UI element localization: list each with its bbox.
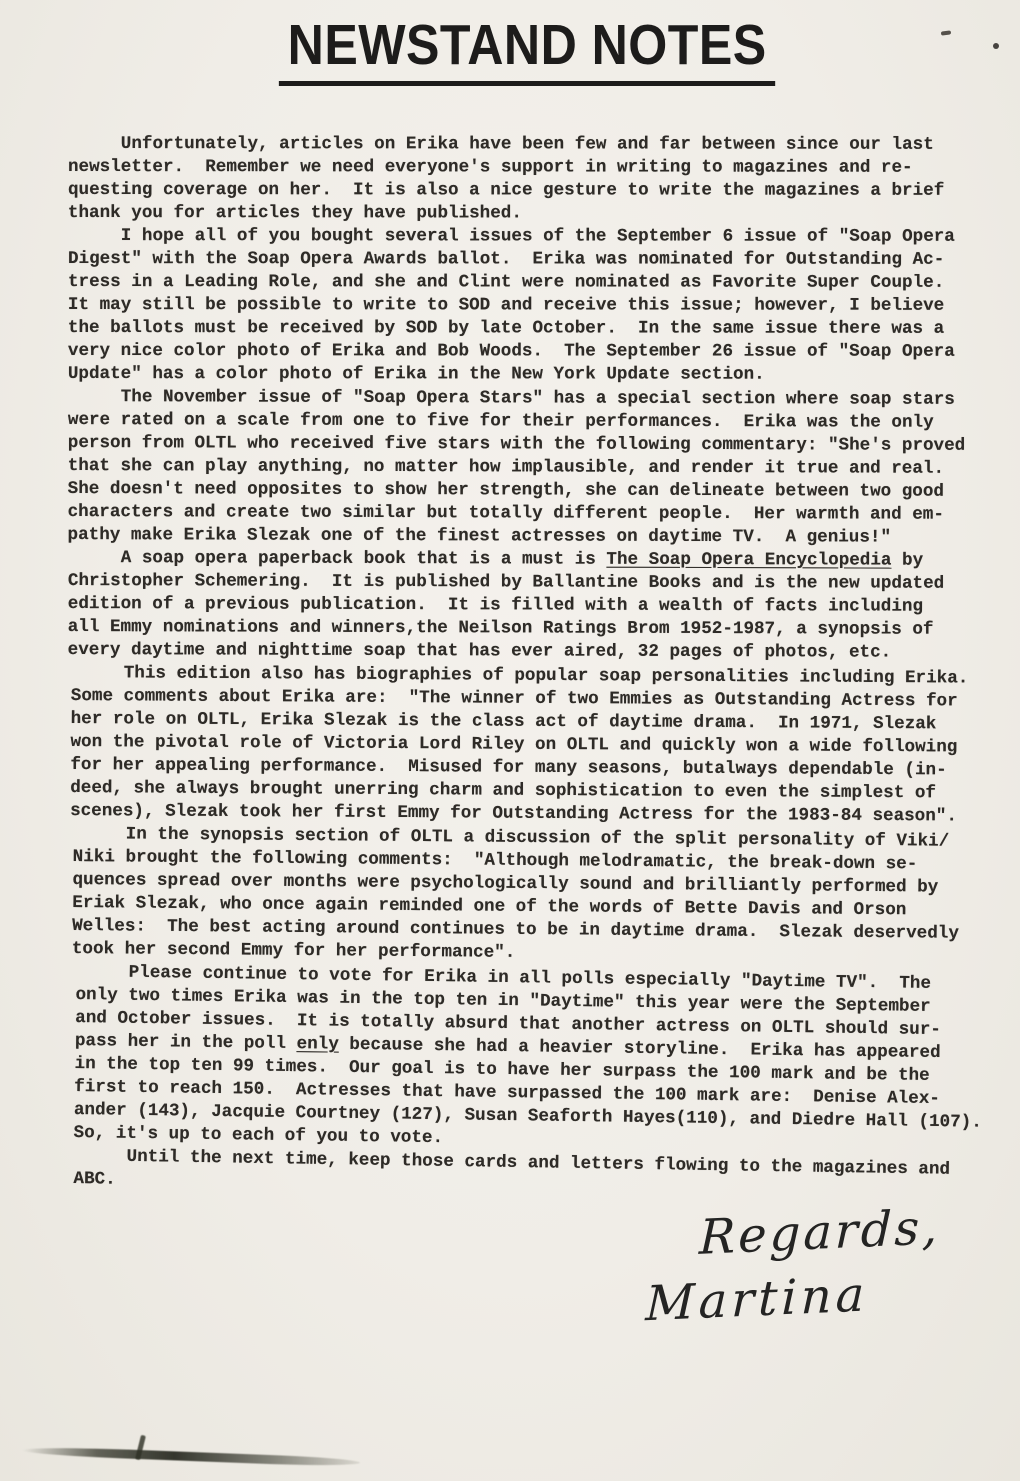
newsletter-page: NEWSTAND NOTES Unfortunately, articles o… (0, 0, 1020, 1481)
scan-smudge (22, 1446, 360, 1468)
underlined-word: enly (296, 1034, 339, 1055)
underlined-book-title: The Soap Opera Encyclopedia (606, 550, 891, 571)
paragraph: In the synopsis section of OLTL a discus… (72, 823, 1012, 969)
paragraph-text: Unfortunately, articles on Erika have be… (68, 134, 944, 223)
paragraph-text: In the synopsis section of OLTL a discus… (72, 824, 959, 963)
handwritten-signature: Regards, Martina (645, 1199, 941, 1332)
paragraph: The November issue of "Soap Opera Stars"… (67, 386, 1012, 550)
paragraph: Please continue to vote for Erika in all… (73, 961, 1011, 1158)
paragraph: I hope all of you bought several issues … (68, 225, 1012, 387)
paragraph: Unfortunately, articles on Erika have be… (68, 133, 1012, 226)
signature-name: Martina (645, 1263, 940, 1332)
newsletter-body: Unfortunately, articles on Erika have be… (68, 133, 1012, 1191)
title-area: NEWSTAND NOTES (0, 12, 1020, 86)
paragraph: This edition also has biographies of pop… (70, 662, 1012, 829)
signature-closing: Regards, (698, 1199, 941, 1266)
scan-speck-dot (993, 43, 999, 49)
paragraph-text: This edition also has biographies of pop… (70, 663, 968, 826)
paragraph-text: The November issue of "Soap Opera Stars"… (68, 387, 966, 548)
page-title: NEWSTAND NOTES (279, 12, 776, 86)
paragraph-text: I hope all of you bought several issues … (68, 226, 955, 385)
paragraph: A soap opera paperback book that is a mu… (68, 547, 1012, 665)
paragraph-text: A soap opera paperback book that is a mu… (68, 548, 607, 570)
